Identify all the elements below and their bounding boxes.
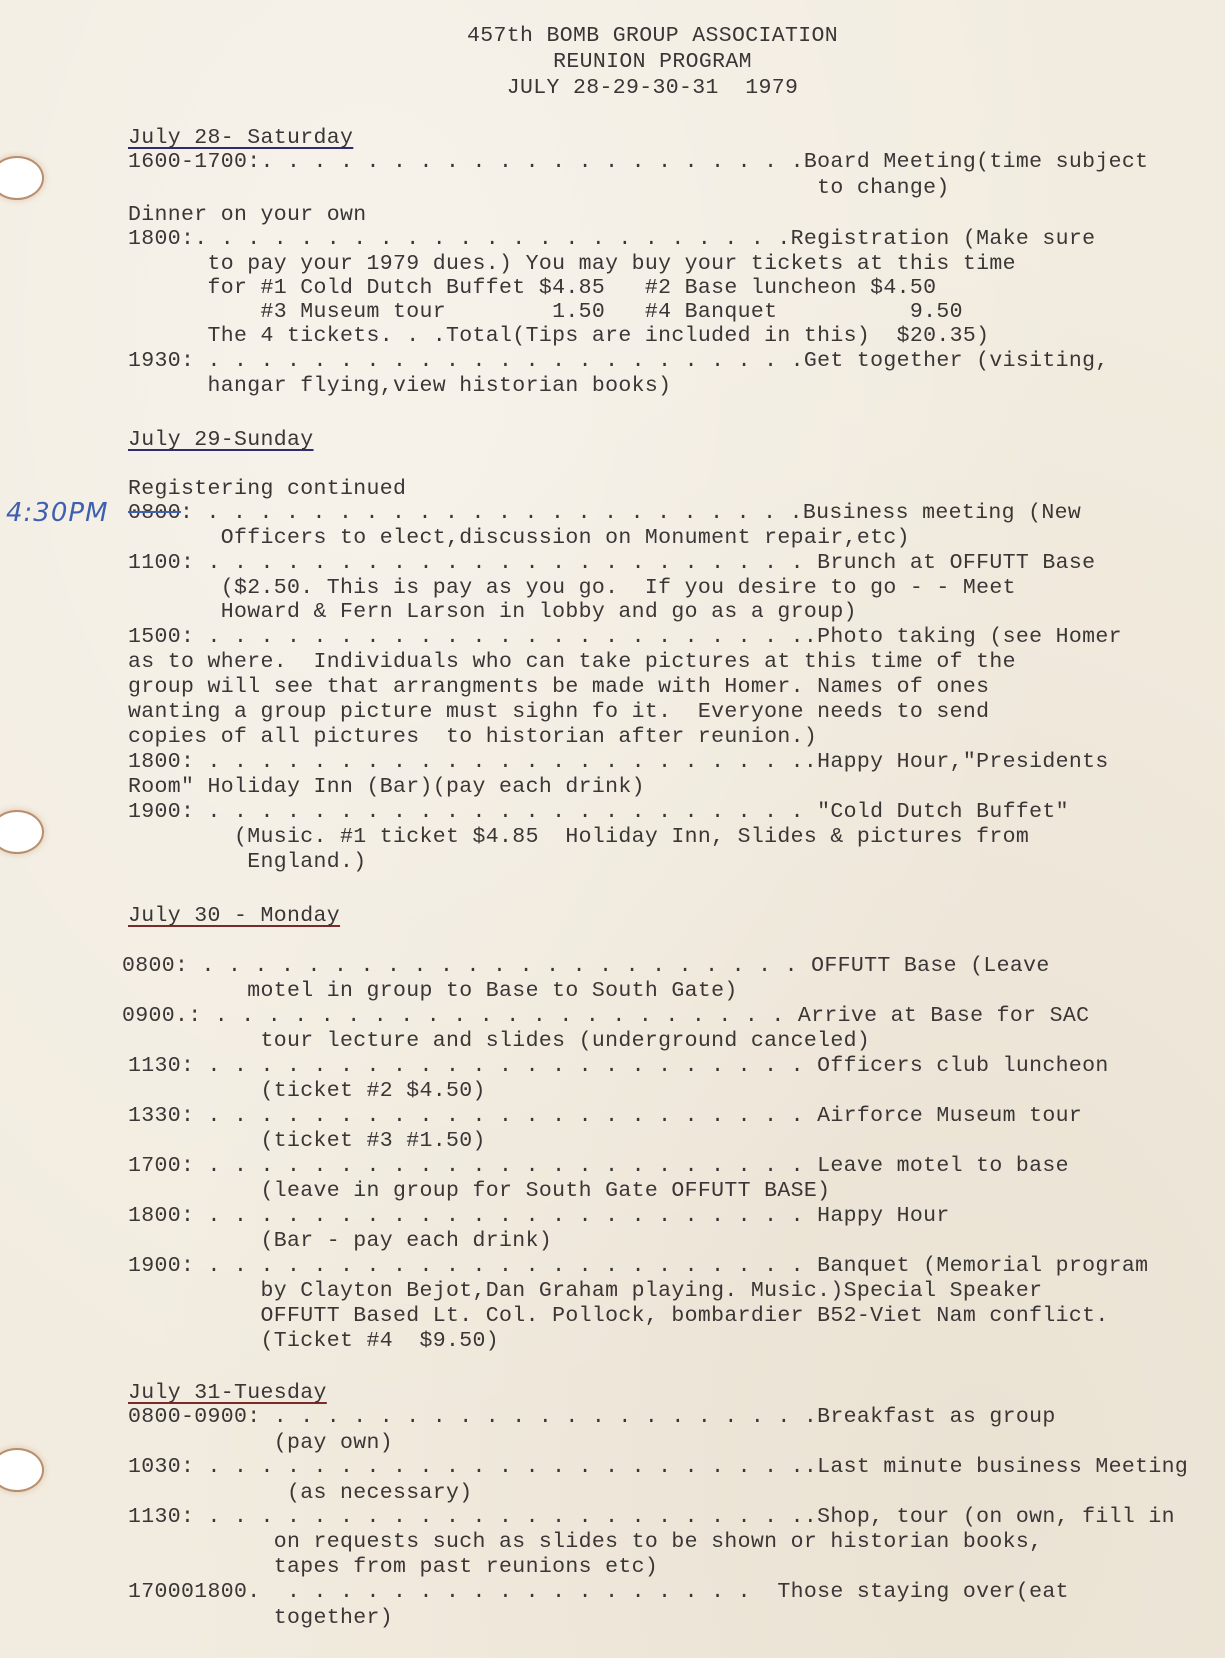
schedule-line: for #1 Cold Dutch Buffet $4.85 #2 Base l… xyxy=(128,276,936,300)
punch-hole xyxy=(0,158,42,198)
schedule-line: tapes from past reunions etc) xyxy=(128,1555,658,1579)
schedule-line: (pay own) xyxy=(128,1431,393,1455)
schedule-line: 1900: . . . . . . . . . . . . . . . . . … xyxy=(128,1254,1148,1278)
schedule-line: 1130: . . . . . . . . . . . . . . . . . … xyxy=(128,1505,1175,1529)
schedule-line: 1130: . . . . . . . . . . . . . . . . . … xyxy=(128,1054,1109,1078)
schedule-line: 1600-1700:. . . . . . . . . . . . . . . … xyxy=(128,150,1148,174)
schedule-line: 170001800. . . . . . . . . . . . . . . .… xyxy=(128,1580,1069,1604)
schedule-line: together) xyxy=(128,1606,393,1630)
schedule-line: 0900.: . . . . . . . . . . . . . . . . .… xyxy=(122,1004,1089,1028)
day-heading: July 30 - Monday xyxy=(128,904,340,928)
schedule-line: to change) xyxy=(128,176,950,200)
schedule-line: 1030: . . . . . . . . . . . . . . . . . … xyxy=(128,1455,1188,1479)
schedule-line: 0800: . . . . . . . . . . . . . . . . . … xyxy=(122,954,1050,978)
schedule-line: tour lecture and slides (underground can… xyxy=(128,1029,870,1053)
schedule-line: 1800: . . . . . . . . . . . . . . . . . … xyxy=(128,750,1109,774)
schedule-line: wanting a group picture must sighn fo it… xyxy=(128,700,989,724)
schedule-line: 1800:. . . . . . . . . . . . . . . . . .… xyxy=(128,227,1095,251)
schedule-line: Registering continued xyxy=(128,477,406,501)
schedule-line: (ticket #3 #1.50) xyxy=(128,1129,486,1153)
schedule-line: Howard & Fern Larson in lobby and go as … xyxy=(128,600,857,624)
schedule-line: 0800-0900: . . . . . . . . . . . . . . .… xyxy=(128,1405,1056,1429)
schedule-line: 1930: . . . . . . . . . . . . . . . . . … xyxy=(128,349,1109,373)
punch-hole xyxy=(0,1450,42,1490)
day-heading: July 29-Sunday xyxy=(128,428,314,452)
handwritten-annotation: 4:30PM xyxy=(6,498,109,528)
schedule-line: (leave in group for South Gate OFFUTT BA… xyxy=(128,1179,830,1203)
schedule-line: : . . . . . . . . . . . . . . . . . . . … xyxy=(180,501,1081,525)
schedule-line: OFFUTT Based Lt. Col. Pollock, bombardie… xyxy=(128,1304,1109,1328)
schedule-line: group will see that arrangments be made … xyxy=(128,675,989,699)
schedule-line: (as necessary) xyxy=(128,1481,473,1505)
schedule-line: 1700: . . . . . . . . . . . . . . . . . … xyxy=(128,1154,1069,1178)
day-heading: July 28- Saturday xyxy=(128,126,353,150)
document-dates: JULY 28-29-30-31 1979 xyxy=(0,76,1225,100)
schedule-line: Room" Holiday Inn (Bar)(pay each drink) xyxy=(128,775,645,799)
schedule-line: Dinner on your own xyxy=(128,203,367,227)
schedule-line: 1330: . . . . . . . . . . . . . . . . . … xyxy=(128,1104,1082,1128)
document-title: 457th BOMB GROUP ASSOCIATION xyxy=(0,24,1225,48)
schedule-line: The 4 tickets. . .Total(Tips are include… xyxy=(128,324,989,348)
schedule-line: ($2.50. This is pay as you go. If you de… xyxy=(128,576,1016,600)
struck-time: 0800 xyxy=(128,501,181,525)
schedule-line: (Bar - pay each drink) xyxy=(128,1229,552,1253)
schedule-line: as to where. Individuals who can take pi… xyxy=(128,650,1016,674)
schedule-line: Officers to elect,discussion on Monument… xyxy=(128,526,910,550)
schedule-line: motel in group to Base to South Gate) xyxy=(128,979,738,1003)
schedule-line: 1800: . . . . . . . . . . . . . . . . . … xyxy=(128,1204,950,1228)
schedule-line: by Clayton Bejot,Dan Graham playing. Mus… xyxy=(128,1279,1042,1303)
schedule-line: (ticket #2 $4.50) xyxy=(128,1079,486,1103)
schedule-line: 1900: . . . . . . . . . . . . . . . . . … xyxy=(128,800,1069,824)
schedule-line: 1100: . . . . . . . . . . . . . . . . . … xyxy=(128,551,1095,575)
schedule-line: #3 Museum tour 1.50 #4 Banquet 9.50 xyxy=(128,300,963,324)
punch-hole xyxy=(0,812,42,852)
schedule-line: England.) xyxy=(128,850,367,874)
schedule-line: 1500: . . . . . . . . . . . . . . . . . … xyxy=(128,625,1122,649)
schedule-line: hangar flying,view historian books) xyxy=(128,374,671,398)
document-subtitle: REUNION PROGRAM xyxy=(0,50,1225,74)
schedule-line: copies of all pictures to historian afte… xyxy=(128,725,817,749)
schedule-line: on requests such as slides to be shown o… xyxy=(128,1530,1042,1554)
schedule-line: (Music. #1 ticket $4.85 Holiday Inn, Sli… xyxy=(128,825,1029,849)
day-heading: July 31-Tuesday xyxy=(128,1381,327,1405)
schedule-line: (Ticket #4 $9.50) xyxy=(128,1329,499,1353)
schedule-line: to pay your 1979 dues.) You may buy your… xyxy=(128,252,1016,276)
